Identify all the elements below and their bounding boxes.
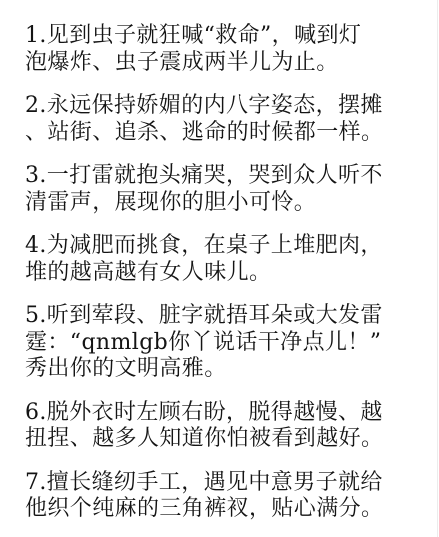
paragraph-line: 霆：“qnmlgb你丫说话干净点儿！” [25, 330, 420, 357]
paragraph-line: 7.擅长缝纫手工，遇见中意男子就给 [25, 470, 420, 497]
paragraph-line: 清雷声，展现你的胆小可怜。 [25, 190, 420, 217]
paragraph-line: 、站街、追杀、逃命的时候都一样。 [25, 120, 420, 147]
paragraph-2: 2.永远保持娇媚的内八字姿态，摆摊 、站街、追杀、逃命的时候都一样。 [25, 93, 420, 146]
paragraph-line: 5.听到荤段、脏字就捂耳朵或大发雷 [25, 303, 420, 330]
paragraph-3: 3.一打雷就抱头痛哭，哭到众人听不 清雷声，展现你的胆小可怜。 [25, 163, 420, 216]
paragraph-1: 1.见到虫子就狂喊“救命”，喊到灯 泡爆炸、虫子震成两半儿为止。 [25, 23, 420, 76]
paragraph-line: 1.见到虫子就狂喊“救命”，喊到灯 [25, 23, 420, 50]
paragraph-line: 堆的越高越有女人味儿。 [25, 260, 420, 287]
paragraph-6: 6.脱外衣时左顾右盼，脱得越慢、越 扭捏、越多人知道你怕被看到越好。 [25, 400, 420, 453]
paragraph-line: 2.永远保持娇媚的内八字姿态，摆摊 [25, 93, 420, 120]
paragraph-line: 泡爆炸、虫子震成两半儿为止。 [25, 50, 420, 77]
paragraph-line: 4.为减肥而挑食，在桌子上堆肥肉， [25, 233, 420, 260]
paragraph-line: 秀出你的文明高雅。 [25, 356, 420, 383]
document-body: 1.见到虫子就狂喊“救命”，喊到灯 泡爆炸、虫子震成两半儿为止。 2.永远保持娇… [25, 23, 420, 537]
paragraph-line: 扭捏、越多人知道你怕被看到越好。 [25, 426, 420, 453]
paragraph-line: 3.一打雷就抱头痛哭，哭到众人听不 [25, 163, 420, 190]
paragraph-7: 7.擅长缝纫手工，遇见中意男子就给 他织个纯麻的三角裤衩，贴心满分。 [25, 470, 420, 523]
page-edge-divider [437, 0, 438, 537]
paragraph-4: 4.为减肥而挑食，在桌子上堆肥肉， 堆的越高越有女人味儿。 [25, 233, 420, 286]
paragraph-line: 6.脱外衣时左顾右盼，脱得越慢、越 [25, 400, 420, 427]
paragraph-line: 他织个纯麻的三角裤衩，贴心满分。 [25, 496, 420, 523]
paragraph-5: 5.听到荤段、脏字就捂耳朵或大发雷 霆：“qnmlgb你丫说话干净点儿！” 秀出… [25, 303, 420, 383]
